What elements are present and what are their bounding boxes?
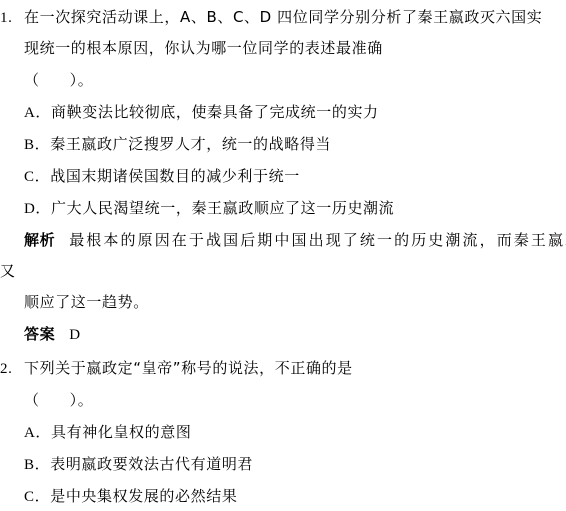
question-stem: 在一次探究活动课上，A、B、C、D 四位同学分别分析了秦王嬴政灭六国实 <box>24 8 542 26</box>
answer-value: D <box>69 327 80 343</box>
option-text: 战国末期诸侯国数目的减少利于统一 <box>50 167 300 185</box>
question-1-stem-line-1: 1.在一次探究活动课上，A、B、C、D 四位同学分别分析了秦王嬴政灭六国实 <box>0 7 542 27</box>
option-b: B．表明嬴政要效法古代有道明君 <box>24 454 253 474</box>
blank-close-paren: ）。 <box>70 71 94 89</box>
question-1-stem-line-2: 现统一的根本原因，你认为哪一位同学的表述最准确 <box>24 38 383 58</box>
question-2-stem-line-1: 2.下列关于嬴政定“皇帝”称号的说法，不正确的是 <box>0 358 353 378</box>
option-text: 商鞅变法比较彻底，使秦具备了完成统一的实力 <box>51 103 379 121</box>
option-c: C．是中央集权发展的必然结果 <box>24 486 237 506</box>
option-text: 具有神化皇权的意图 <box>51 423 191 441</box>
question-number: 1. <box>0 8 24 28</box>
option-c: C．战国末期诸侯国数目的减少利于统一 <box>24 166 300 186</box>
option-letter: B． <box>24 457 50 473</box>
answer-blank: （）。 <box>24 70 93 90</box>
blank-open-paren: （ <box>24 391 40 409</box>
analysis-line-2: 又 <box>0 261 16 281</box>
option-text: 是中央集权发展的必然结果 <box>50 487 237 505</box>
blank-open-paren: （ <box>24 71 40 89</box>
option-letter: C． <box>24 169 50 185</box>
option-b: B．秦王嬴政广泛搜罗人才，统一的战略得当 <box>24 134 331 154</box>
answer-line: 答案D <box>24 324 81 344</box>
blank-close-paren: ）。 <box>70 391 94 409</box>
analysis-line-1: 解析最根本的原因在于战国后期中国出现了统一的历史潮流，而秦王嬴政 <box>24 230 566 250</box>
option-a: A．具有神化皇权的意图 <box>24 422 191 442</box>
option-letter: A． <box>24 425 51 441</box>
analysis-label: 解析 <box>24 231 55 249</box>
answer-label: 答案 <box>24 325 55 343</box>
option-a: A．商鞅变法比较彻底，使秦具备了完成统一的实力 <box>24 102 379 122</box>
analysis-text: 最根本的原因在于战国后期中国出现了统一的历史潮流，而秦王嬴政 <box>69 231 566 249</box>
option-letter: D． <box>24 201 51 217</box>
option-letter: C． <box>24 489 50 505</box>
option-letter: A． <box>24 105 51 121</box>
option-text: 秦王嬴政广泛搜罗人才，统一的战略得当 <box>50 135 331 153</box>
option-text: 表明嬴政要效法古代有道明君 <box>50 455 253 473</box>
option-d: D．广大人民渴望统一，秦王嬴政顺应了这一历史潮流 <box>24 198 394 218</box>
answer-blank: （）。 <box>24 390 93 410</box>
analysis-line-3: 顺应了这一趋势。 <box>24 292 149 312</box>
option-text: 广大人民渴望统一，秦王嬴政顺应了这一历史潮流 <box>51 199 394 217</box>
question-number: 2. <box>0 359 24 379</box>
question-stem: 下列关于嬴政定“皇帝”称号的说法，不正确的是 <box>24 359 353 377</box>
option-letter: B． <box>24 137 50 153</box>
